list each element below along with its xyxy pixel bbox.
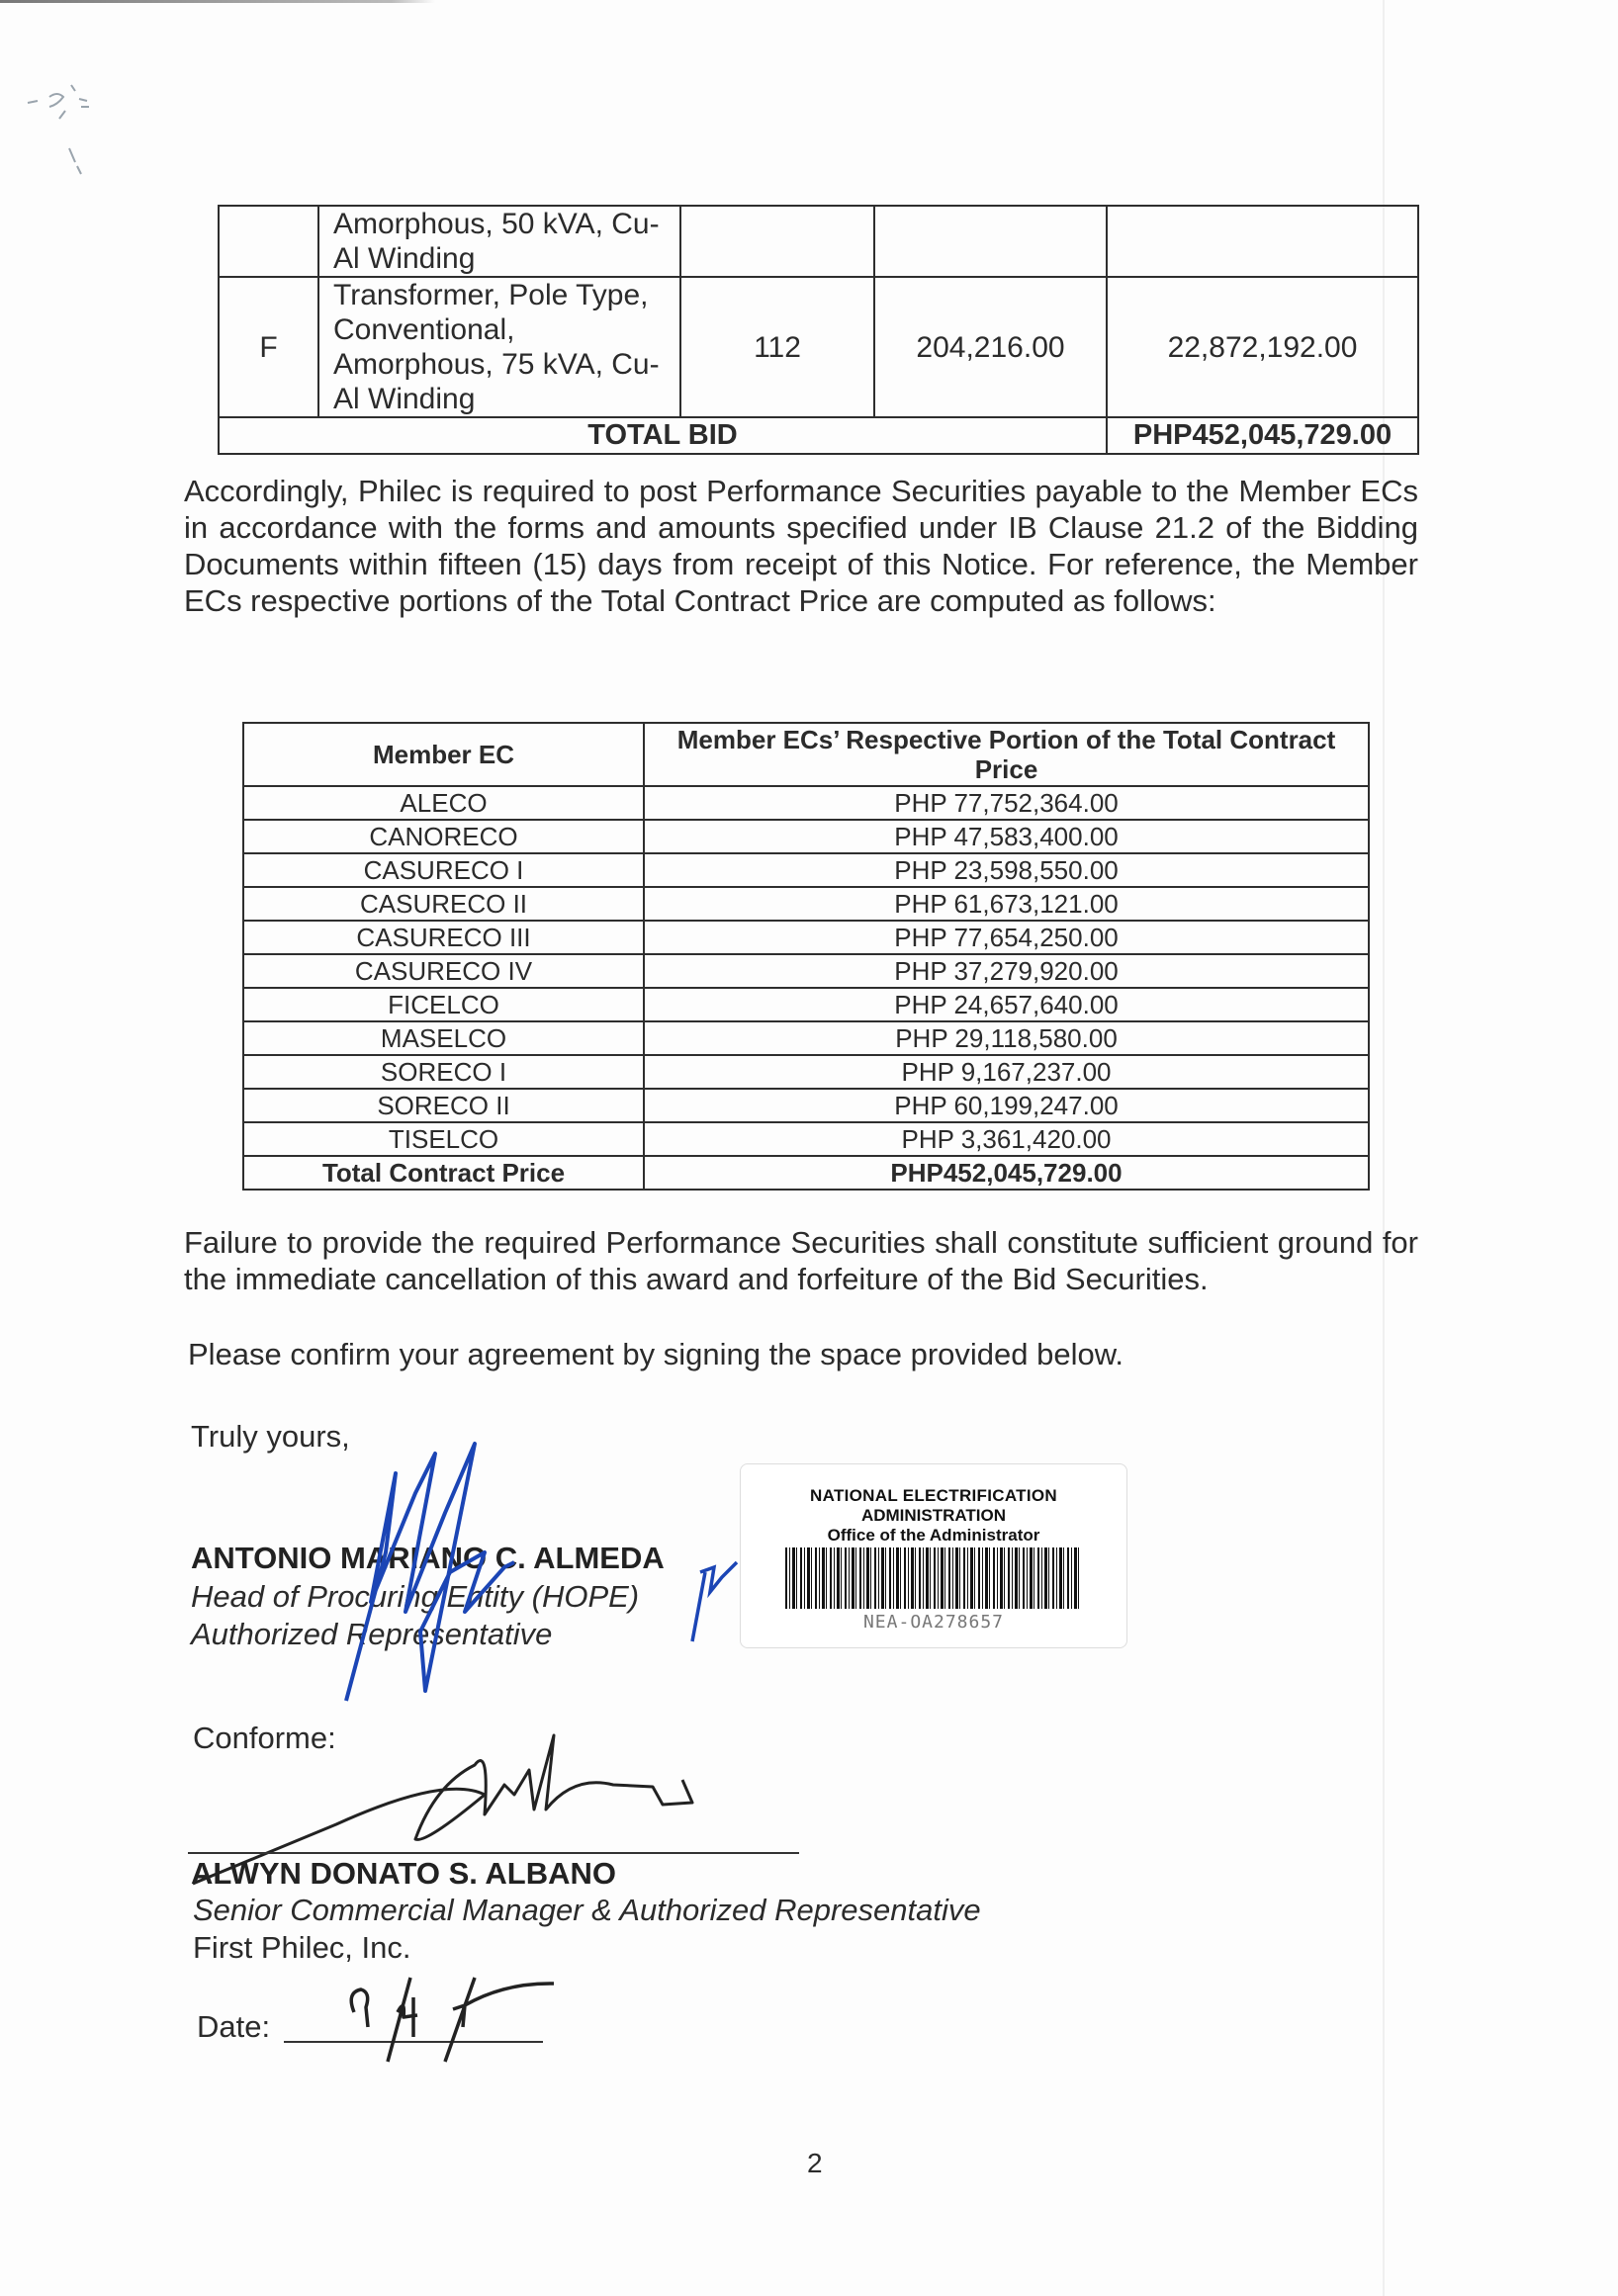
- member-ec-cell: SORECO I: [243, 1055, 644, 1089]
- table-row: CASURECO IIIPHP 77,654,250.00: [243, 921, 1369, 954]
- portion-cell: PHP 3,361,420.00: [644, 1122, 1369, 1156]
- nea-receiving-stamp: NATIONAL ELECTRIFICATION ADMINISTRATION …: [740, 1463, 1127, 1648]
- portion-cell: PHP 60,199,247.00: [644, 1089, 1369, 1122]
- member-ec-cell: CANORECO: [243, 820, 644, 853]
- table-row: F Transformer, Pole Type, Conventional, …: [219, 277, 1418, 417]
- header-portion: Member ECs’ Respective Portion of the To…: [644, 723, 1369, 786]
- member-ec-cell: CASURECO II: [243, 887, 644, 921]
- portion-cell: PHP 9,167,237.00: [644, 1055, 1369, 1089]
- date-label: Date:: [197, 2009, 270, 2045]
- page-number: 2: [807, 2148, 823, 2179]
- unit-price-cell: [874, 206, 1107, 277]
- stamp-agency-2: ADMINISTRATION: [741, 1506, 1126, 1526]
- total-contract-row: Total Contract Price PHP452,045,729.00: [243, 1156, 1369, 1190]
- quantity-cell: 112: [680, 277, 874, 417]
- table-row: ALECOPHP 77,752,364.00: [243, 786, 1369, 820]
- portion-cell: PHP 77,752,364.00: [644, 786, 1369, 820]
- bid-table: Amorphous, 50 kVA, Cu- Al Winding F Tran…: [218, 205, 1419, 455]
- handwritten-date: [326, 1968, 584, 2067]
- member-ec-cell: CASURECO I: [243, 853, 644, 887]
- description-cell: Amorphous, 50 kVA, Cu- Al Winding: [318, 206, 680, 277]
- total-contract-label: Total Contract Price: [243, 1156, 644, 1190]
- confirm-paragraph: Please confirm your agreement by signing…: [188, 1337, 1124, 1372]
- signature-line: [188, 1852, 799, 1854]
- member-ec-cell: SORECO II: [243, 1089, 644, 1122]
- total-cell: [1107, 206, 1418, 277]
- total-cell: 22,872,192.00: [1107, 277, 1418, 417]
- description-line: Amorphous, 50 kVA, Cu-: [333, 207, 679, 241]
- table-row: Amorphous, 50 kVA, Cu- Al Winding: [219, 206, 1418, 277]
- table-row: CASURECO IPHP 23,598,550.00: [243, 853, 1369, 887]
- item-cell: [219, 206, 318, 277]
- total-bid-value: PHP452,045,729.00: [1107, 417, 1418, 454]
- table-row: SORECO IPHP 9,167,237.00: [243, 1055, 1369, 1089]
- stamp-office: Office of the Administrator: [741, 1526, 1126, 1545]
- portion-cell: PHP 29,118,580.00: [644, 1021, 1369, 1055]
- portion-cell: PHP 24,657,640.00: [644, 988, 1369, 1021]
- member-ec-table: Member EC Member ECs’ Respective Portion…: [242, 722, 1370, 1191]
- total-contract-value: PHP452,045,729.00: [644, 1156, 1369, 1190]
- margin-scribble: [20, 69, 138, 178]
- scan-edge-line: [0, 0, 435, 3]
- description-cell: Transformer, Pole Type, Conventional, Am…: [318, 277, 680, 417]
- barcode-icon: [785, 1547, 1082, 1609]
- member-ec-cell: CASURECO IV: [243, 954, 644, 988]
- failure-paragraph: Failure to provide the required Performa…: [184, 1224, 1418, 1297]
- quantity-cell: [680, 206, 874, 277]
- member-ec-cell: TISELCO: [243, 1122, 644, 1156]
- table-row: CANORECOPHP 47,583,400.00: [243, 820, 1369, 853]
- signature-almeda: [326, 1434, 742, 1721]
- total-bid-row: TOTAL BID PHP452,045,729.00: [219, 417, 1418, 454]
- portion-cell: PHP 47,583,400.00: [644, 820, 1369, 853]
- member-ec-cell: FICELCO: [243, 988, 644, 1021]
- signatory-2-name: ALWYN DONATO S. ALBANO: [191, 1856, 616, 1892]
- item-cell: F: [219, 277, 318, 417]
- description-line: Amorphous, 75 kVA, Cu-: [333, 347, 679, 382]
- description-line: Al Winding: [333, 241, 679, 276]
- signatory-2-title: Senior Commercial Manager & Authorized R…: [193, 1893, 981, 1928]
- total-bid-label: TOTAL BID: [219, 417, 1107, 454]
- table-row: FICELCOPHP 24,657,640.00: [243, 988, 1369, 1021]
- description-line: Conventional,: [333, 312, 679, 347]
- member-ec-cell: CASURECO III: [243, 921, 644, 954]
- unit-price-cell: 204,216.00: [874, 277, 1107, 417]
- description-line: Al Winding: [333, 382, 679, 416]
- portion-cell: PHP 23,598,550.00: [644, 853, 1369, 887]
- header-row: Member EC Member ECs’ Respective Portion…: [243, 723, 1369, 786]
- barcode-number: NEA-OA278657: [741, 1612, 1126, 1633]
- portion-cell: PHP 77,654,250.00: [644, 921, 1369, 954]
- header-member-ec: Member EC: [243, 723, 644, 786]
- table-row: MASELCOPHP 29,118,580.00: [243, 1021, 1369, 1055]
- portion-cell: PHP 37,279,920.00: [644, 954, 1369, 988]
- portion-cell: PHP 61,673,121.00: [644, 887, 1369, 921]
- member-ec-cell: ALECO: [243, 786, 644, 820]
- performance-securities-paragraph: Accordingly, Philec is required to post …: [184, 473, 1418, 619]
- table-row: TISELCOPHP 3,361,420.00: [243, 1122, 1369, 1156]
- table-row: CASURECO IVPHP 37,279,920.00: [243, 954, 1369, 988]
- stamp-agency: NATIONAL ELECTRIFICATION: [741, 1486, 1126, 1506]
- description-line: Transformer, Pole Type,: [333, 278, 679, 312]
- table-row: SORECO IIPHP 60,199,247.00: [243, 1089, 1369, 1122]
- signatory-2-company: First Philec, Inc.: [193, 1930, 411, 1966]
- table-row: CASURECO IIPHP 61,673,121.00: [243, 887, 1369, 921]
- member-ec-cell: MASELCO: [243, 1021, 644, 1055]
